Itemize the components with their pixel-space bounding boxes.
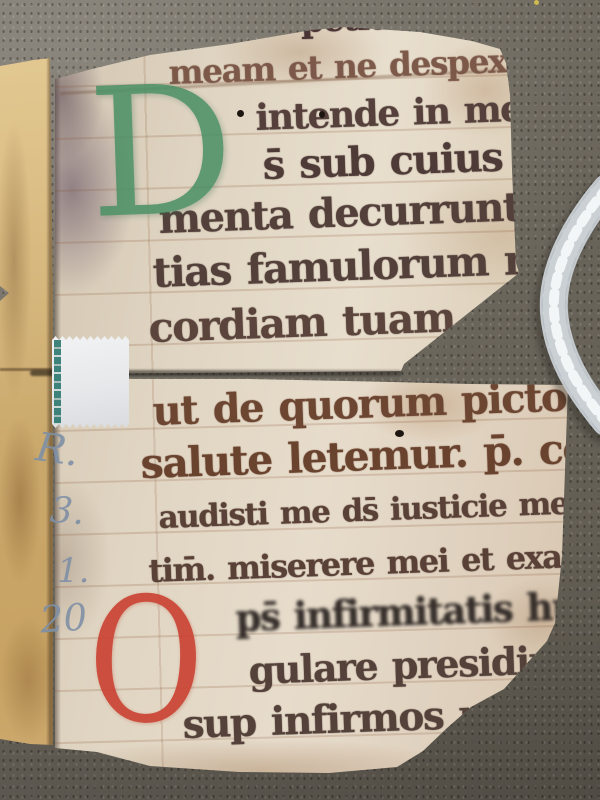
- wormhole: [319, 111, 325, 118]
- wormhole: [237, 110, 244, 117]
- library-label-sticker: [52, 336, 129, 428]
- fiber-speck: [534, 0, 539, 5]
- label-stripe: [54, 340, 61, 424]
- wormhole: [395, 430, 404, 437]
- manuscript-text-line: ps̄ infirmitatis hu: [235, 588, 578, 637]
- illuminated-initial-o: O: [86, 592, 205, 731]
- shelfmark-part: 20: [39, 598, 89, 638]
- manuscript-text-line: gulare presidiu: [248, 641, 556, 690]
- manuscript-text-line: cordiam tuam: [148, 297, 455, 349]
- illuminated-initial-d: D: [86, 81, 236, 225]
- shelfmark-part: 1.: [57, 554, 89, 588]
- shelfmark-part: R.: [33, 427, 81, 473]
- shelfmark-part: 3.: [49, 493, 86, 531]
- photograph: petitioni meam et ne despexeris e intend…: [0, 0, 600, 800]
